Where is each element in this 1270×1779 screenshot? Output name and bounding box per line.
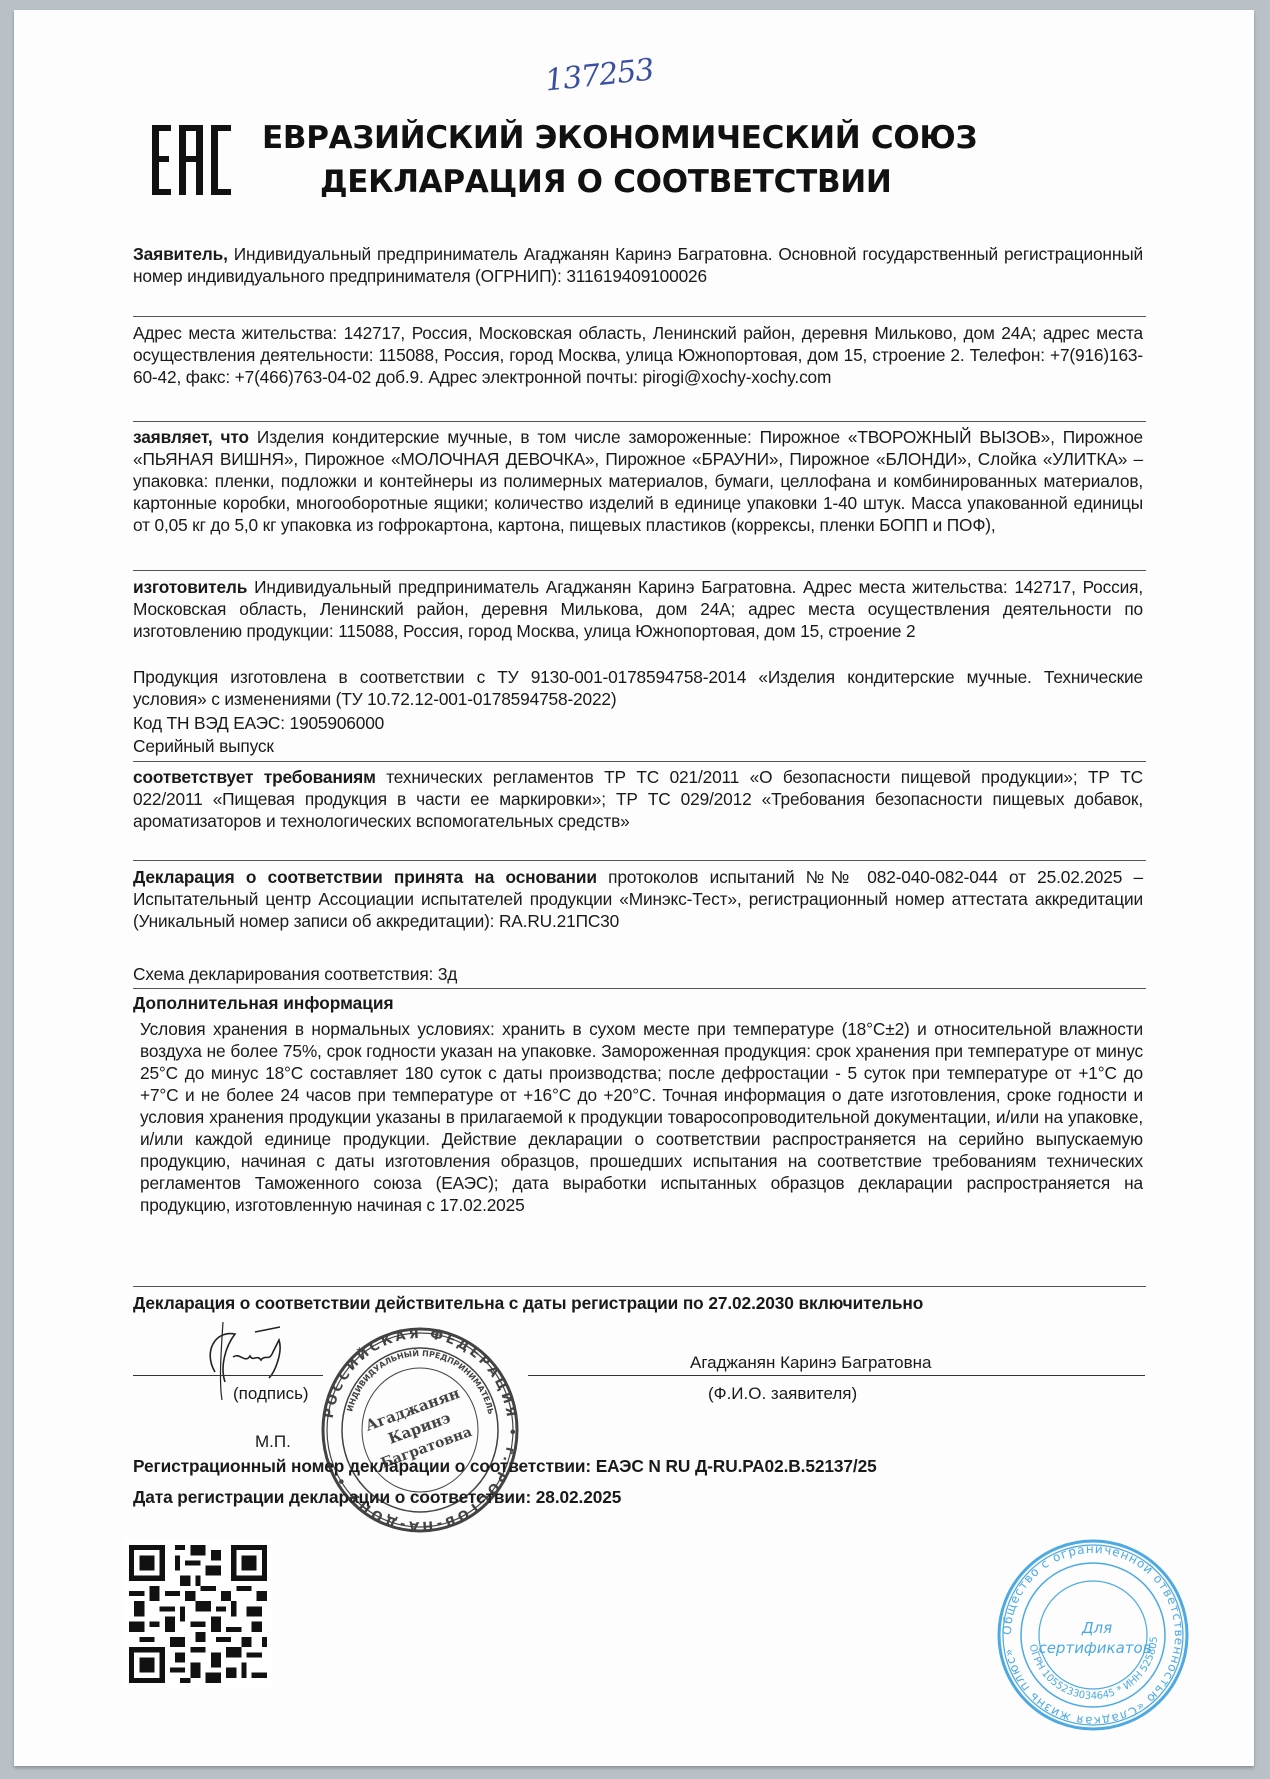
- tn-ved-code: Код ТН ВЭД ЕАЭС: 1905906000: [133, 712, 384, 734]
- declaration-scheme: Схема декларирования соответствия: 3д: [133, 963, 457, 985]
- applicant-label: Заявитель,: [133, 244, 228, 264]
- additional-info-heading: Дополнительная информация: [133, 993, 394, 1014]
- signature-line: [133, 1375, 323, 1376]
- basis-section: Декларация о соответствии принята на осн…: [133, 866, 1143, 932]
- name-caption: (Ф.И.О. заявителя): [708, 1384, 857, 1404]
- qr-code-icon[interactable]: [124, 1540, 272, 1688]
- manufacturer-label: изготовитель: [133, 577, 247, 597]
- conforms-label: соответствует требованиям: [133, 767, 376, 787]
- basis-label: Декларация о соответствии принята на осн…: [133, 867, 597, 887]
- divider: [133, 761, 1146, 762]
- conforms-section: соответствует требованиям технических ре…: [133, 766, 1143, 832]
- signature-caption: (подпись): [233, 1384, 309, 1404]
- validity-statement: Декларация о соответствии действительна …: [133, 1293, 923, 1314]
- name-line: [528, 1375, 1145, 1376]
- stamp-center-line1: Для: [1081, 1619, 1112, 1637]
- stamp-place-label: М.П.: [255, 1432, 291, 1452]
- eac-logo-icon: [152, 125, 232, 195]
- divider: [133, 316, 1146, 317]
- divider: [133, 421, 1146, 422]
- declares-label: заявляет, что: [133, 427, 249, 447]
- stamp-center-line2: сертификатов: [1038, 1639, 1151, 1657]
- declares-section: заявляет, что Изделия кондитерские мучны…: [133, 426, 1143, 536]
- serial-release: Серийный выпуск: [133, 735, 274, 757]
- company-blue-stamp-icon: Общество с ограниченной ответственностью…: [993, 1535, 1193, 1735]
- applicant-section: Заявитель, Индивидуальный предпринимател…: [133, 243, 1143, 287]
- manufacturer-text: Индивидуальный предприниматель Агаджанян…: [133, 577, 1143, 641]
- address-section: Адрес места жительства: 142717, Россия, …: [133, 322, 1143, 388]
- additional-info-text: Условия хранения в нормальных условиях: …: [140, 1018, 1143, 1216]
- applicant-name: Агаджанян Каринэ Багратовна: [690, 1353, 931, 1373]
- document-title: ДЕКЛАРАЦИЯ О СООТВЕТСТВИИ: [320, 164, 920, 200]
- ip-round-stamp-icon: РОССИЙСКАЯ ФЕДЕРАЦИЯ • г. РОСТОВ-НА-ДОНУ…: [320, 1325, 520, 1535]
- divider: [133, 988, 1146, 989]
- union-title: ЕВРАЗИЙСКИЙ ЭКОНОМИЧЕСКИЙ СОЮЗ: [262, 120, 1022, 156]
- manufacturer-section: изготовитель Индивидуальный предпринимат…: [133, 576, 1143, 642]
- tu-text: Продукция изготовлена в соответствии с Т…: [133, 666, 1143, 710]
- divider: [133, 1286, 1146, 1287]
- applicant-text: Индивидуальный предприниматель Агаджанян…: [133, 244, 1143, 286]
- divider: [133, 570, 1146, 571]
- divider: [133, 860, 1146, 861]
- declares-text: Изделия кондитерские мучные, в том числе…: [133, 427, 1143, 535]
